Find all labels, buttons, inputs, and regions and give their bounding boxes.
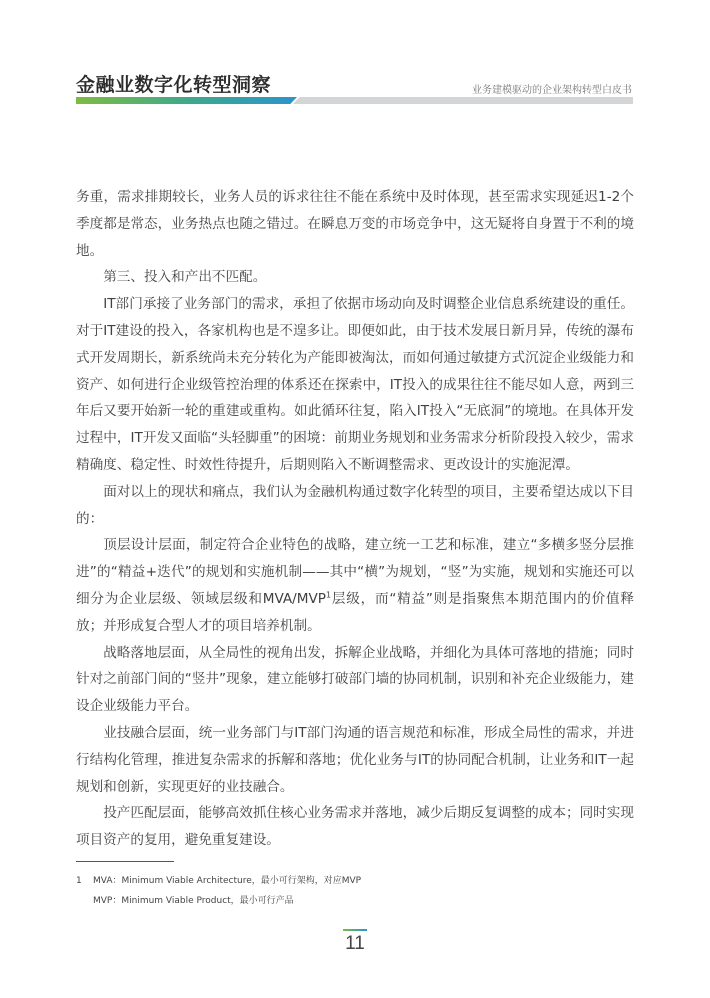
document-title: 金融业数字化转型洞察 — [76, 70, 271, 97]
body-text: 务重，需求排期较长，业务人员的诉求往往不能在系统中及时体现，甚至需求实现延迟1-… — [76, 184, 634, 854]
paragraph: 业技融合层面，统一业务部门与IT部门沟通的语言规范和标准，形成全局性的需求，并进… — [76, 720, 634, 800]
document-subtitle: 业务建模驱动的企业架构转型白皮书 — [472, 81, 632, 96]
footnote-line: MVP：Minimum Viable Product，最小可行产品 — [76, 891, 361, 911]
footnote-divider — [76, 861, 174, 862]
paragraph: 投产匹配层面，能够高效抓住核心业务需求并落地，减少后期反复调整的成本；同时实现项… — [76, 800, 634, 854]
paragraph: 顶层设计层面，制定符合企业特色的战略，建立统一工艺和标准，建立“多横多竖分层推进… — [76, 532, 634, 639]
header-accent-bar — [76, 97, 297, 104]
page-number: 11 — [330, 933, 380, 955]
paragraph: IT部门承接了业务部门的需求，承担了依据市场动向及时调整企业信息系统建设的重任。… — [76, 291, 634, 479]
paragraph: 战略落地层面，从全局性的视角出发，拆解企业战略，并细化为具体可落地的措施；同时针… — [76, 640, 634, 720]
paragraph: 面对以上的现状和痛点，我们认为金融机构通过数字化转型的项目，主要希望达成以下目的… — [76, 479, 634, 533]
page-number-rule — [343, 929, 367, 931]
footnote-text: MVA：Minimum Viable Architecture，最小可行架构，对… — [93, 876, 361, 886]
paragraph: 务重，需求排期较长，业务人员的诉求往往不能在系统中及时体现，甚至需求实现延迟1-… — [76, 184, 634, 264]
footnote-number: 1 — [76, 871, 93, 891]
header-gray-bar — [293, 97, 633, 104]
paragraph-heading: 第三、投入和产出不匹配。 — [76, 264, 634, 291]
footnotes: 1MVA：Minimum Viable Architecture，最小可行架构，… — [76, 871, 361, 911]
footnote-line: 1MVA：Minimum Viable Architecture，最小可行架构，… — [76, 871, 361, 891]
